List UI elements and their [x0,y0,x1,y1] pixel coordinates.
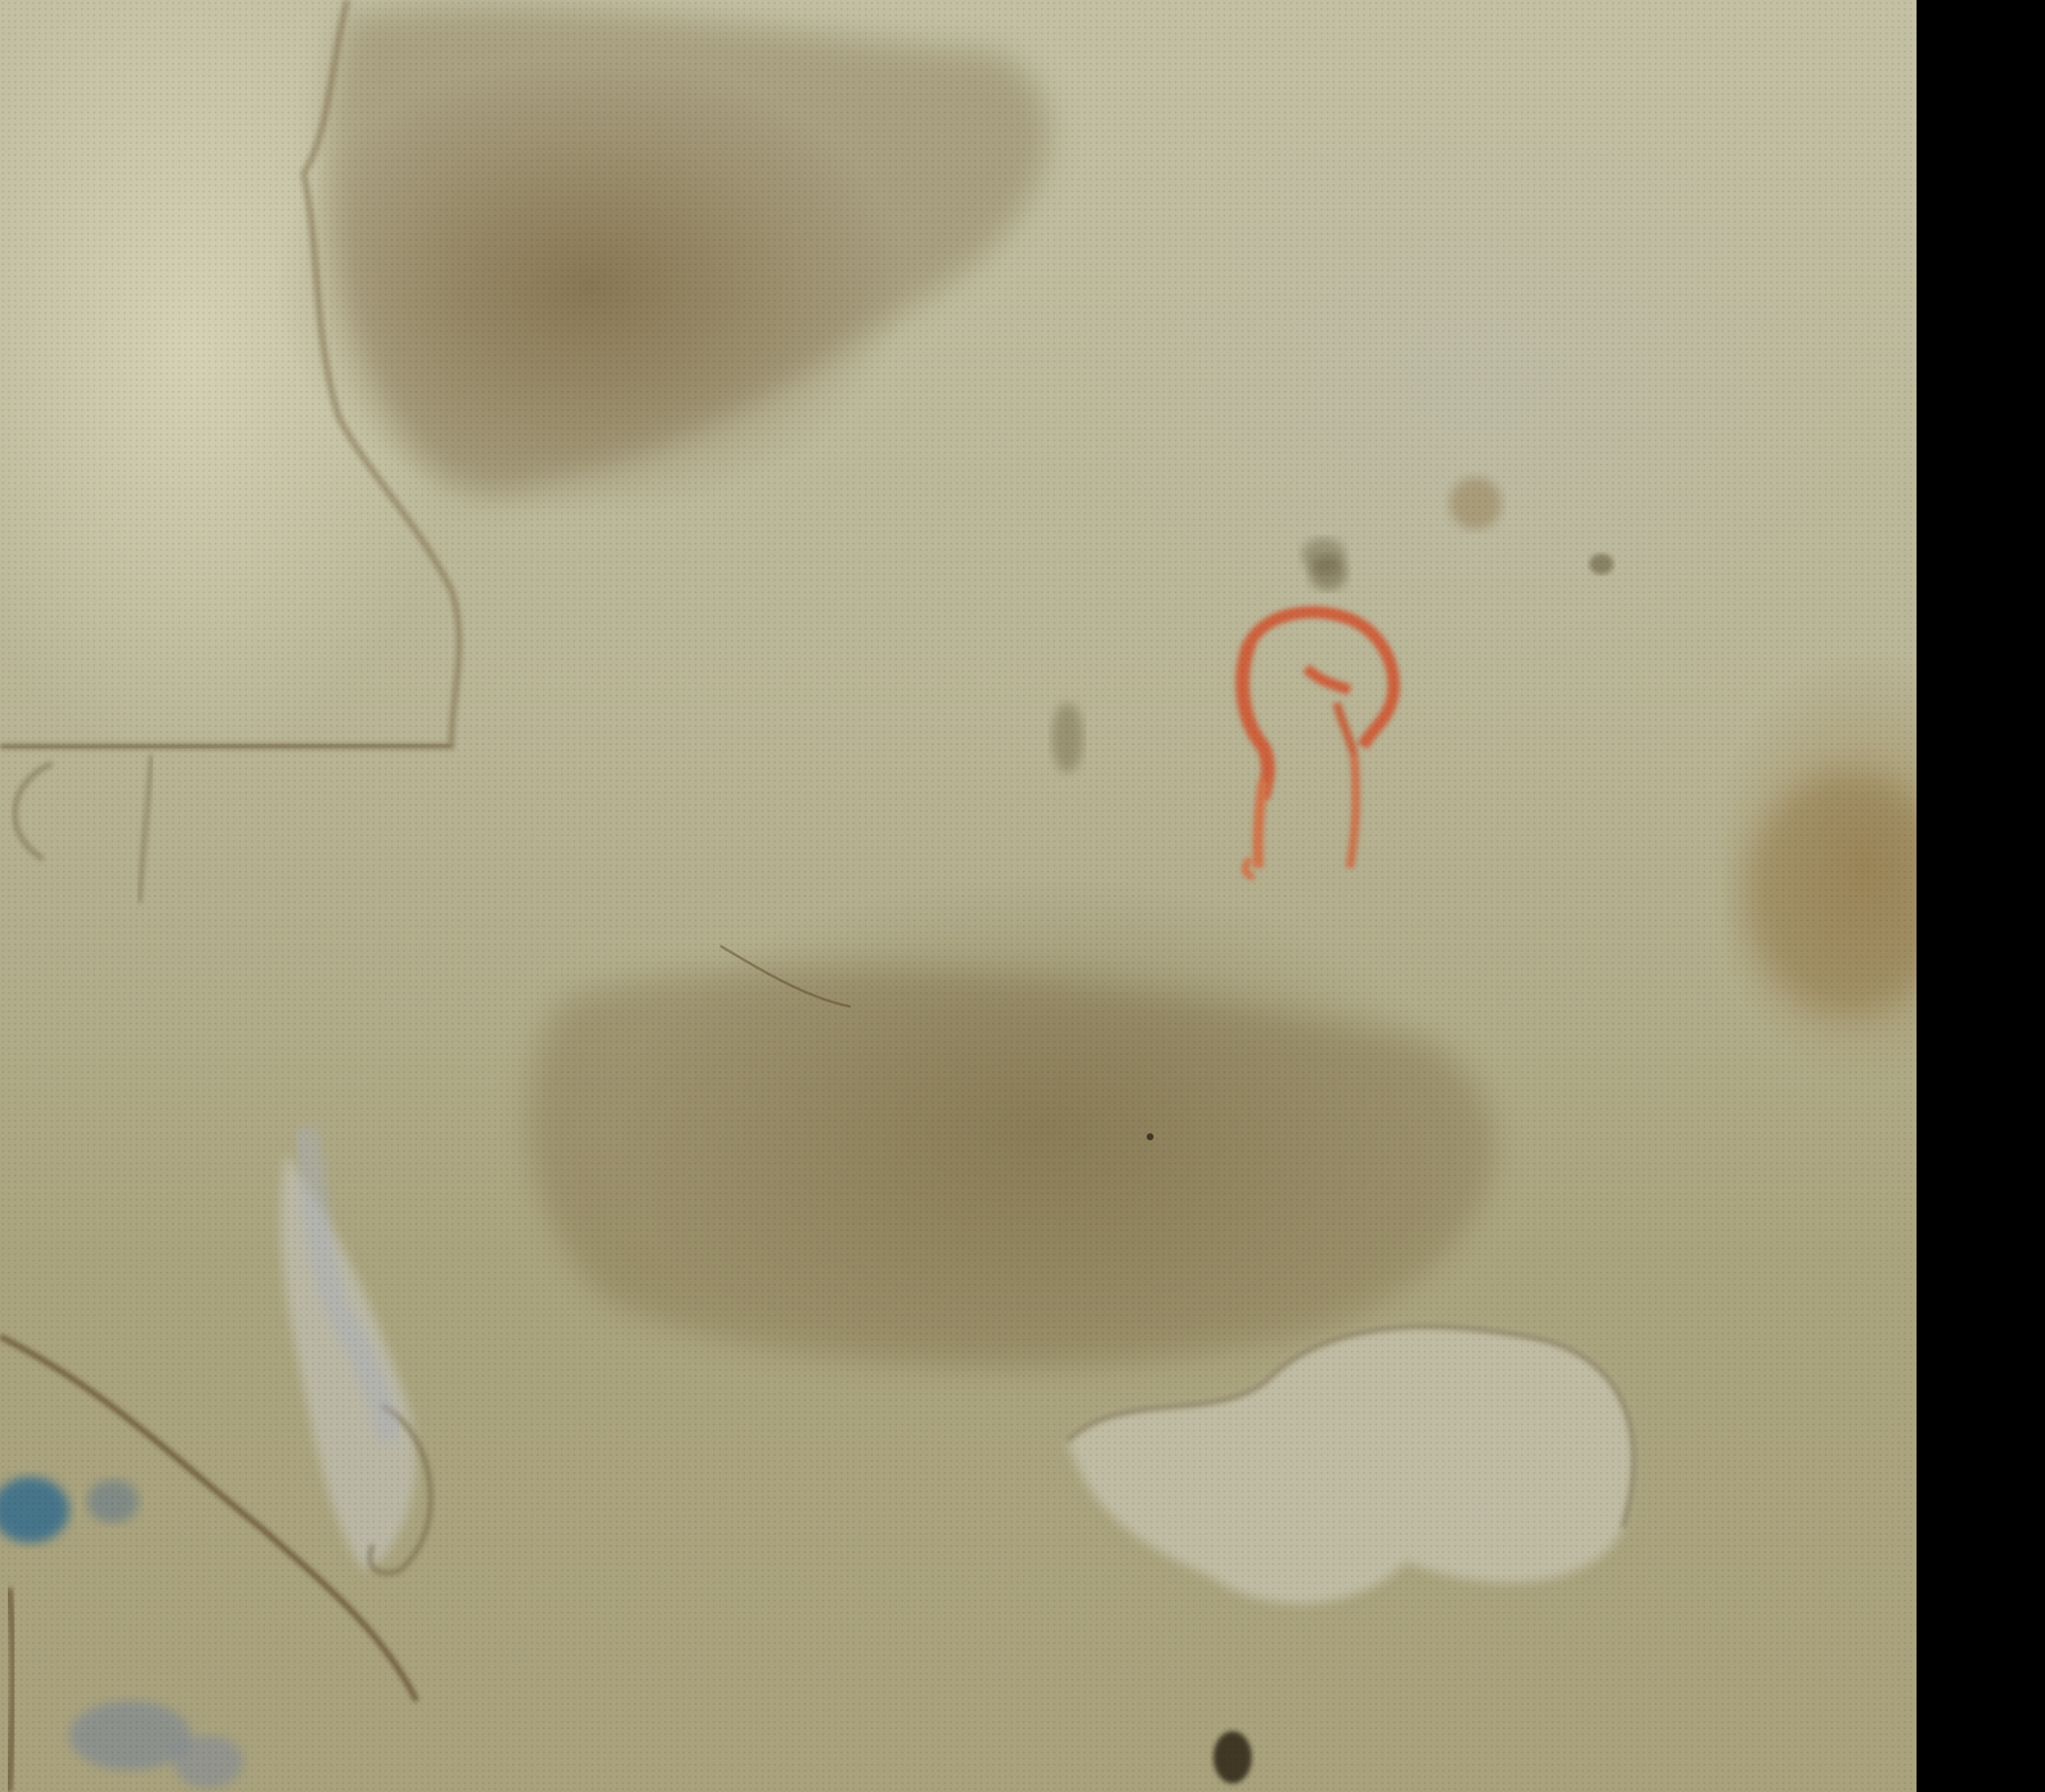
black-border-band [1917,0,2045,1792]
surface-grain [0,0,1917,1792]
weathered-surface [0,0,1917,1792]
